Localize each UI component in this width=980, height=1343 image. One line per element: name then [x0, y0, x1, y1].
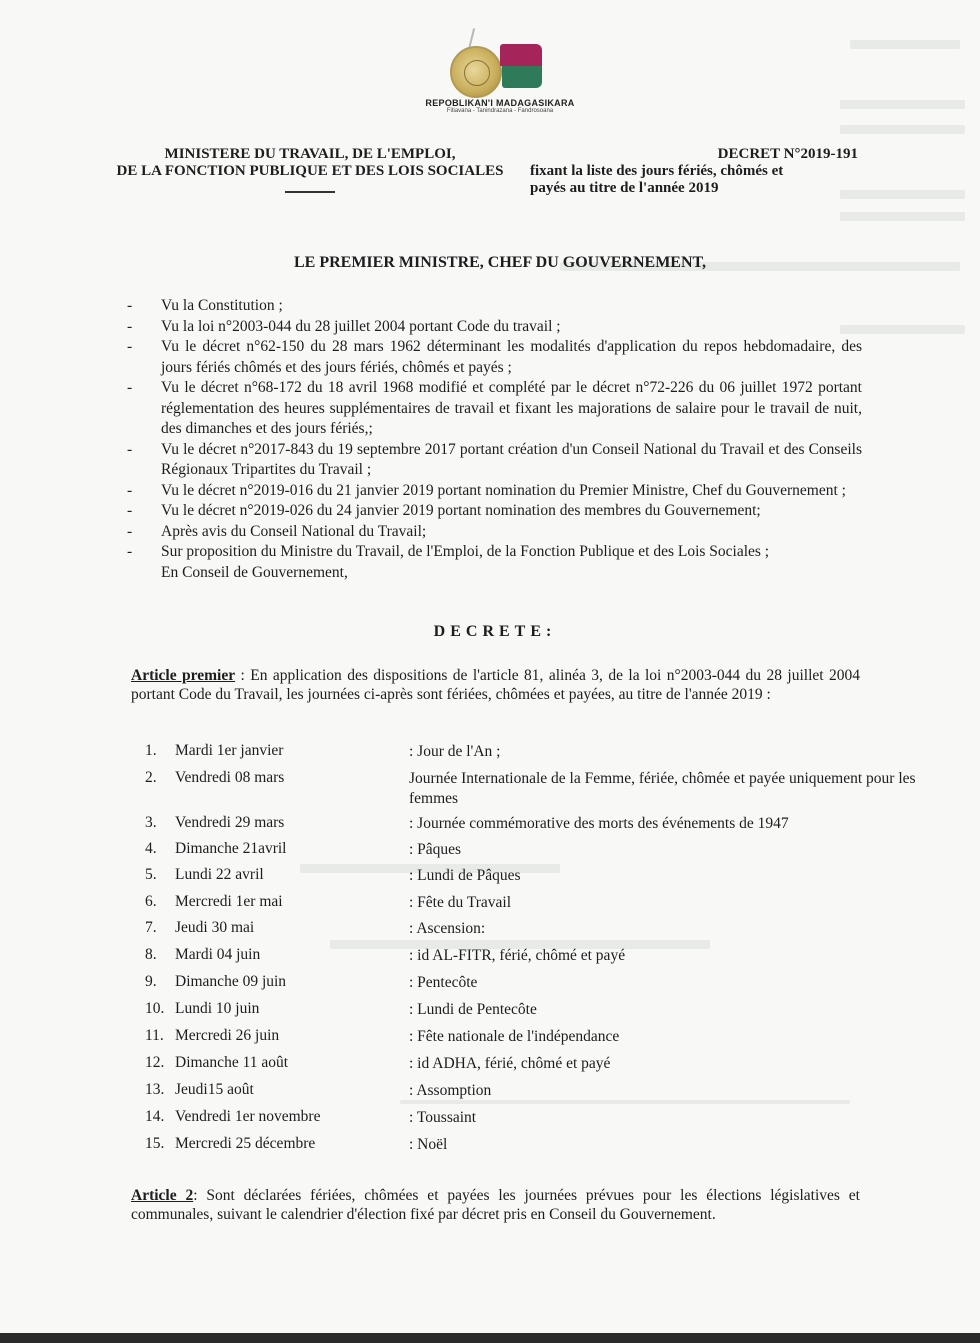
bleed-through-mark [840, 100, 965, 109]
holiday-row: 1.Mardi 1er janvier: Jour de l'An ; [145, 742, 945, 768]
holiday-desc: : Noël [409, 1135, 949, 1155]
visa-closing: En Conseil de Gouvernement, [127, 563, 862, 584]
document-page: REPOBLIKAN'I MADAGASIKARA Fitiavana - Ta… [0, 0, 980, 1333]
holiday-num: 4. [145, 840, 175, 858]
decret-number: DECRET N°2019-191 [530, 146, 860, 163]
decret-heading: DECRET N°2019-191 fixant la liste des jo… [530, 146, 860, 197]
visa-item: -Vu le décret n°2019-026 du 24 janvier 2… [127, 501, 862, 522]
holiday-desc: : Lundi de Pentecôte [409, 1000, 949, 1020]
holiday-desc: : Toussaint [409, 1108, 949, 1128]
holiday-row: 12.Dimanche 11 août: id ADHA, férié, chô… [145, 1054, 945, 1080]
bleed-through-mark [840, 212, 965, 221]
holiday-num: 12. [145, 1054, 175, 1072]
state-emblem [450, 28, 550, 98]
holiday-desc: : Assomption [409, 1081, 949, 1101]
article-2-label: Article 2 [131, 1187, 193, 1204]
holiday-date: Vendredi 1er novembre [175, 1108, 405, 1126]
article-1-text: : En application des dispositions de l'a… [131, 667, 860, 703]
holiday-date: Lundi 10 juin [175, 1000, 405, 1018]
national-seal-icon [450, 46, 502, 98]
authority-heading: LE PREMIER MINISTRE, CHEF DU GOUVERNEMEN… [0, 254, 980, 272]
ministry-line-2: DE LA FONCTION PUBLIQUE ET DES LOIS SOCI… [80, 163, 540, 180]
bleed-through-mark [840, 125, 965, 134]
visa-item: -Vu le décret n°62-150 du 28 mars 1962 d… [127, 337, 862, 378]
holiday-num: 7. [145, 919, 175, 937]
holiday-desc: : Pentecôte [409, 973, 949, 993]
holiday-desc: Journée Internationale de la Femme, féri… [409, 769, 949, 809]
holiday-row: 10.Lundi 10 juin: Lundi de Pentecôte [145, 1000, 945, 1026]
holiday-num: 5. [145, 866, 175, 884]
holiday-date: Dimanche 11 août [175, 1054, 405, 1072]
holiday-row: 13.Jeudi15 août: Assomption [145, 1081, 945, 1107]
holiday-date: Jeudi 30 mai [175, 919, 405, 937]
holiday-row: 9.Dimanche 09 juin: Pentecôte [145, 973, 945, 999]
holiday-desc: : Ascension: [409, 919, 949, 939]
holiday-desc: : Pâques [409, 840, 949, 860]
holiday-row: 4.Dimanche 21avril: Pâques [145, 840, 945, 866]
holiday-row: 2.Vendredi 08 marsJournée Internationale… [145, 769, 945, 795]
holiday-date: Dimanche 21avril [175, 840, 405, 858]
decret-title-line-1: fixant la liste des jours fériés, chômés… [530, 163, 860, 180]
holiday-row: 5.Lundi 22 avril: Lundi de Pâques [145, 866, 945, 892]
holiday-date: Mercredi 25 décembre [175, 1135, 405, 1153]
holiday-row: 6.Mercredi 1er mai: Fête du Travail [145, 893, 945, 919]
visa-item: -Vu le décret n°2019-016 du 21 janvier 2… [127, 481, 862, 502]
bottom-edge [0, 1333, 980, 1343]
holiday-desc: : id AL-FITR, férié, chômé et payé [409, 946, 949, 966]
holiday-num: 14. [145, 1108, 175, 1126]
holiday-desc: : Journée commémorative des morts des év… [409, 814, 949, 834]
holiday-date: Lundi 22 avril [175, 866, 405, 884]
visa-item: -Vu le décret n°2017-843 du 19 septembre… [127, 440, 862, 481]
holiday-row: 11.Mercredi 26 juin: Fête nationale de l… [145, 1027, 945, 1053]
republic-name: REPOBLIKAN'I MADAGASIKARA [405, 98, 595, 108]
holiday-date: Mardi 1er janvier [175, 742, 405, 760]
holiday-num: 13. [145, 1081, 175, 1099]
holiday-date: Mardi 04 juin [175, 946, 405, 964]
madagascar-flag-icon [500, 44, 542, 88]
visa-item: -Sur proposition du Ministre du Travail,… [127, 542, 862, 563]
holiday-row: 3.Vendredi 29 mars: Journée commémorativ… [145, 814, 945, 840]
decret-title-line-2: payés au titre de l'année 2019 [530, 180, 860, 197]
holiday-num: 8. [145, 946, 175, 964]
decrete-heading: DECRETE: [0, 623, 980, 641]
holiday-num: 15. [145, 1135, 175, 1153]
holiday-num: 10. [145, 1000, 175, 1018]
visas-list: -Vu la Constitution ; -Vu la loi n°2003-… [127, 296, 862, 583]
holiday-row: 15.Mercredi 25 décembre: Noël [145, 1135, 945, 1161]
holiday-date: Jeudi15 août [175, 1081, 405, 1099]
holiday-date: Vendredi 08 mars [175, 769, 405, 787]
article-1-label: Article premier [131, 667, 235, 684]
holiday-date: Mercredi 26 juin [175, 1027, 405, 1045]
holiday-desc: : id ADHA, férié, chômé et payé [409, 1054, 949, 1074]
article-2: Article 2: Sont déclarées fériées, chômé… [131, 1186, 860, 1224]
holiday-num: 6. [145, 893, 175, 911]
holiday-desc: : Jour de l'An ; [409, 742, 949, 762]
visa-item: -Vu la Constitution ; [127, 296, 862, 317]
holiday-desc: : Lundi de Pâques [409, 866, 949, 886]
holiday-desc: : Fête du Travail [409, 893, 949, 913]
holiday-row: 7.Jeudi 30 mai: Ascension: [145, 919, 945, 945]
holiday-row: 14.Vendredi 1er novembre: Toussaint [145, 1108, 945, 1134]
holiday-date: Vendredi 29 mars [175, 814, 405, 832]
ministry-line-1: MINISTERE DU TRAVAIL, DE L'EMPLOI, [80, 146, 540, 163]
bleed-through-mark [850, 40, 960, 49]
ministry-heading: MINISTERE DU TRAVAIL, DE L'EMPLOI, DE LA… [80, 146, 540, 180]
holiday-num: 9. [145, 973, 175, 991]
holiday-num: 2. [145, 769, 175, 787]
visa-item: -Vu la loi n°2003-044 du 28 juillet 2004… [127, 317, 862, 338]
republic-motto: Fitiavana - Tanindrazana - Fandrosoana [405, 108, 595, 114]
holiday-desc: : Fête nationale de l'indépendance [409, 1027, 949, 1047]
holiday-date: Mercredi 1er mai [175, 893, 405, 911]
visa-item: -Après avis du Conseil National du Trava… [127, 522, 862, 543]
article-2-text: : Sont déclarées fériées, chômées et pay… [131, 1187, 860, 1223]
holiday-row: 8.Mardi 04 juin: id AL-FITR, férié, chôm… [145, 946, 945, 972]
visa-item: -Vu le décret n°68-172 du 18 avril 1968 … [127, 378, 862, 440]
heading-divider [285, 191, 335, 193]
holiday-num: 11. [145, 1027, 175, 1045]
holiday-date: Dimanche 09 juin [175, 973, 405, 991]
holiday-num: 3. [145, 814, 175, 832]
article-1: Article premier : En application des dis… [131, 666, 860, 704]
holiday-num: 1. [145, 742, 175, 760]
